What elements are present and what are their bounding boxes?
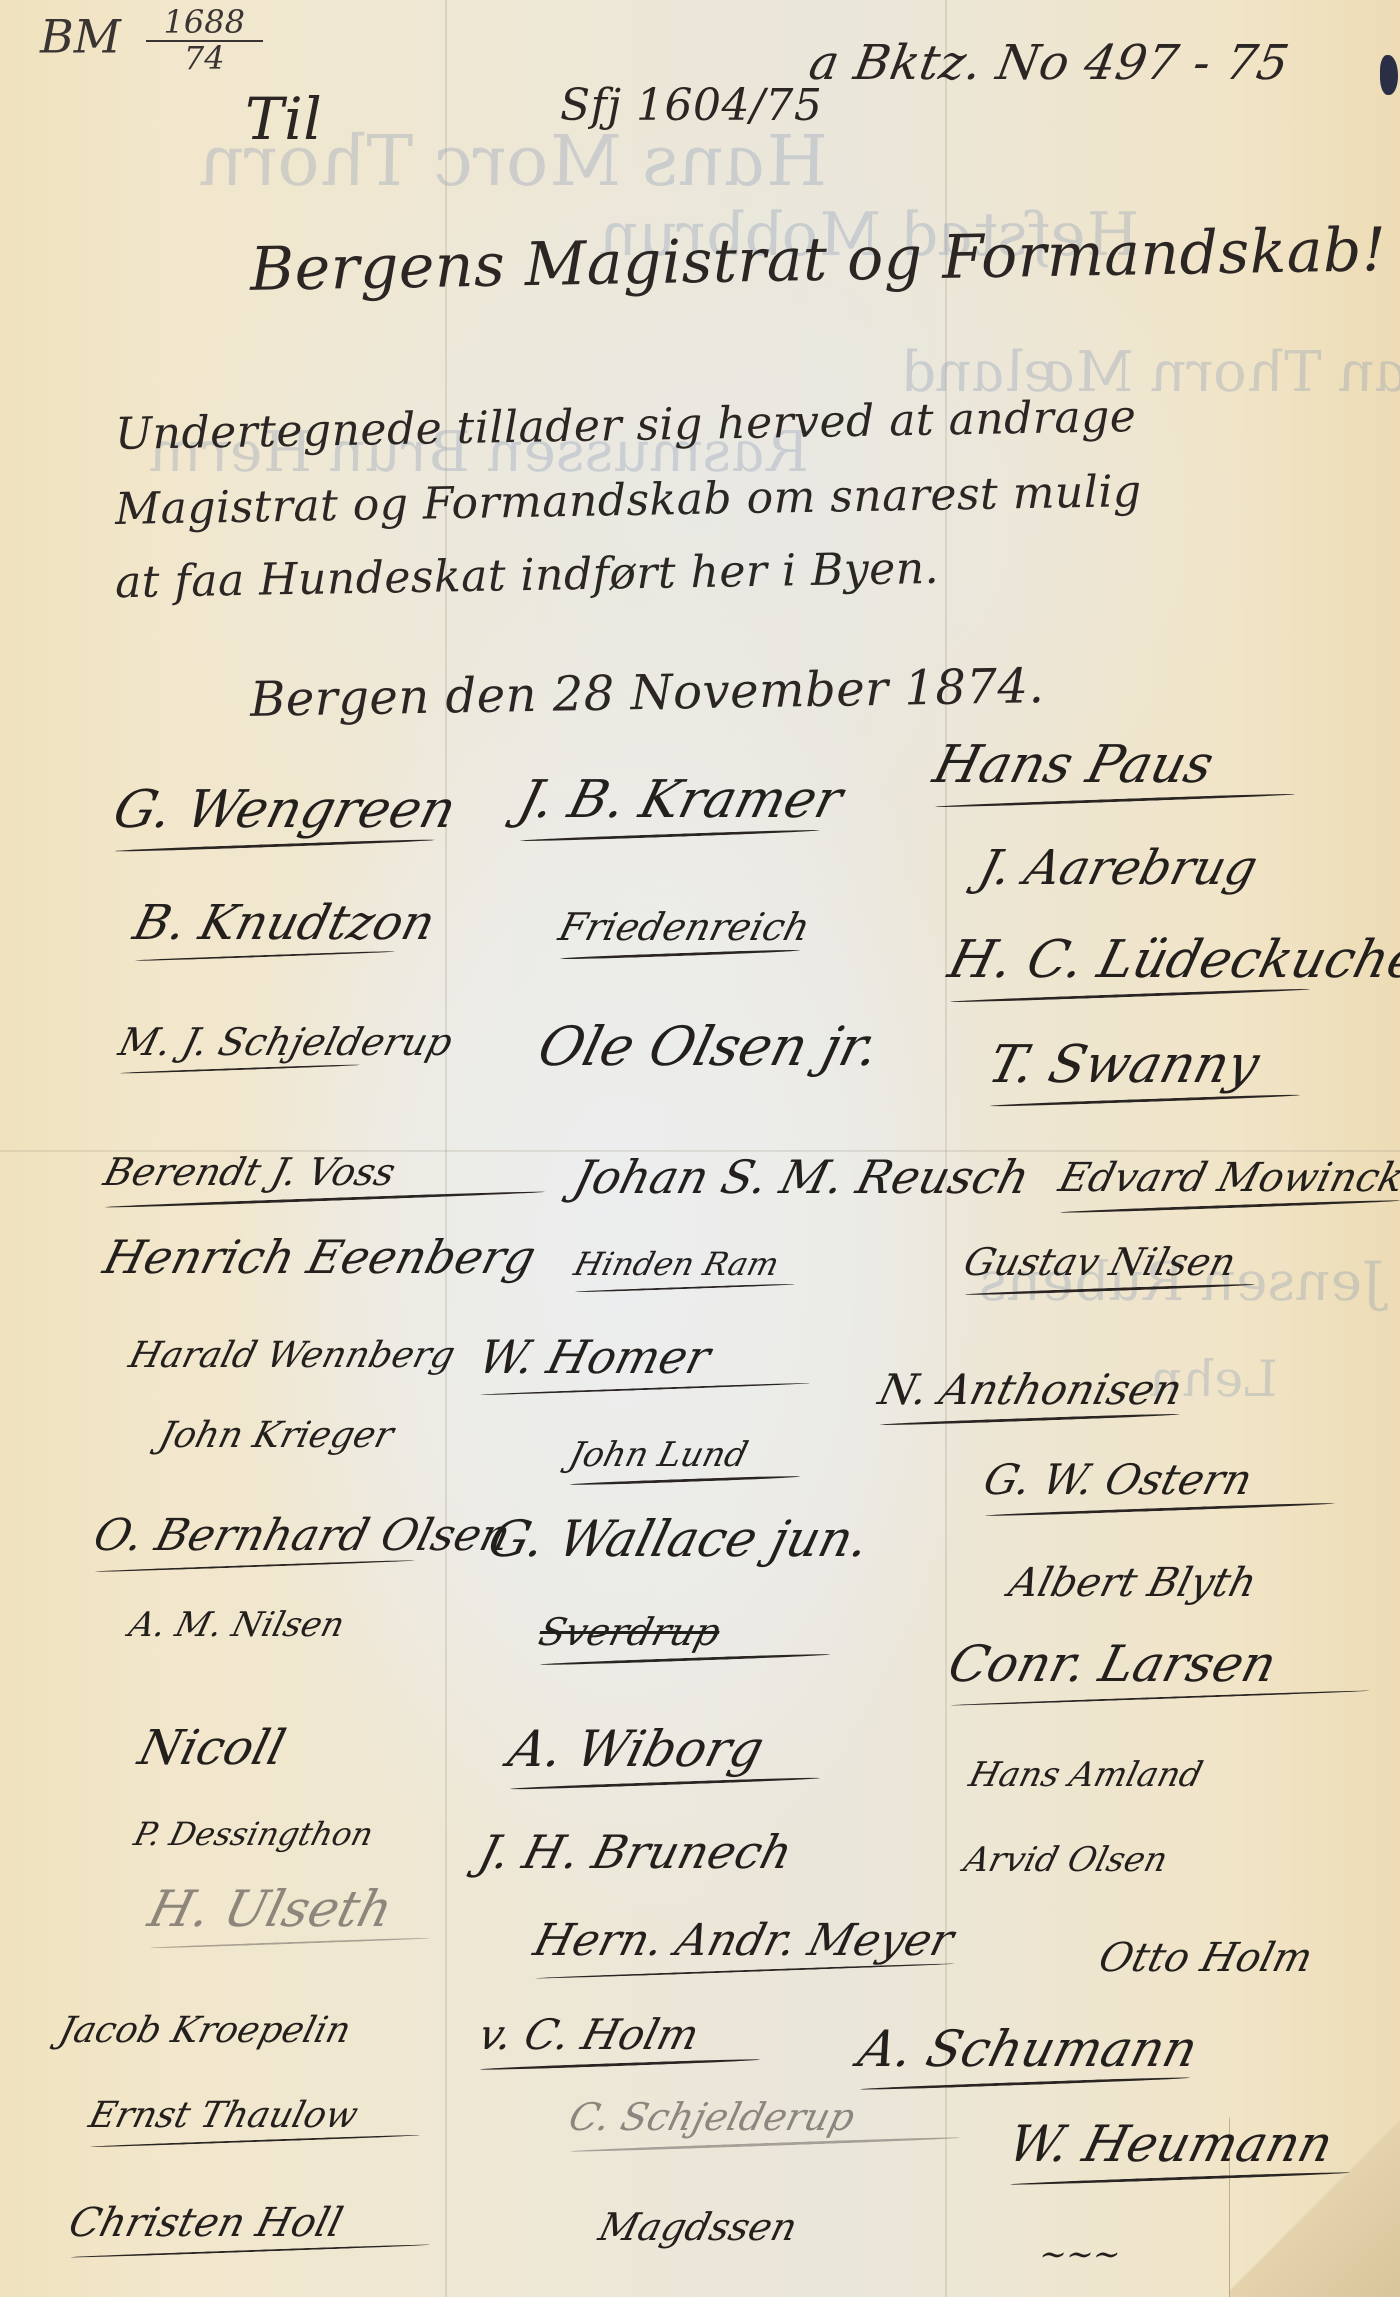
- signature: Sverdrup: [540, 1610, 830, 1661]
- archive-ref-numerator: 1688: [146, 6, 263, 42]
- signature: Gustav Nilsen: [965, 1240, 1255, 1291]
- signature: G. Wallace jun.: [490, 1510, 868, 1568]
- archive-ref-prefix: BM: [40, 10, 121, 64]
- signature: W. Homer: [480, 1330, 810, 1390]
- signature: B. Knudtzon: [135, 895, 434, 957]
- ink-blot: [1380, 55, 1398, 95]
- signature: A. M. Nilsen: [130, 1605, 344, 1645]
- signature: Hans Paus: [935, 735, 1295, 802]
- signature: Henrich Eeenberg: [105, 1230, 534, 1284]
- signature: Otto Holm: [1100, 1935, 1311, 1981]
- signature: T. Swanny: [990, 1035, 1300, 1102]
- signature: Hern. Andr. Meyer: [535, 1915, 955, 1972]
- signature: Ole Olsen jr.: [540, 1015, 878, 1078]
- signature: Johan S. M. Reusch: [575, 1150, 1028, 1204]
- dateline: Bergen den 28 November 1874.: [250, 658, 1045, 728]
- body-line-3: at faa Hundeskat indført her i Byen.: [115, 543, 940, 608]
- signature: John Lund: [570, 1435, 800, 1482]
- signature: Berendt J. Voss: [105, 1150, 545, 1201]
- signature-illegible: ~~~: [1040, 2235, 1120, 2273]
- signature: Hinden Ram: [575, 1245, 795, 1289]
- signature: Hans Amland: [970, 1755, 1202, 1795]
- journal-reference: Sfj 1604/75: [560, 80, 822, 131]
- signature: G. W. Ostern: [985, 1455, 1335, 1511]
- signature: H. C. Lüdeckuchel: [950, 930, 1400, 997]
- signature: J. B. Kramer: [520, 770, 841, 837]
- signature: Magdssen: [600, 2205, 796, 2249]
- signature: Friedenreich: [560, 905, 809, 956]
- salutation-to: Til: [245, 85, 322, 153]
- signature: J. Aarebrug: [980, 840, 1256, 896]
- signature: P. Dessingthon: [135, 1815, 373, 1853]
- signature: A. Schumann: [860, 2020, 1196, 2085]
- signature: Arvid Olsen: [965, 1840, 1167, 1880]
- signature: G. Wengreen: [115, 780, 454, 847]
- signature: H. Ulseth: [150, 1880, 430, 1944]
- signature: Conr. Larsen: [950, 1635, 1370, 1699]
- signature: M. J. Schjelderup: [120, 1020, 452, 1070]
- case-reference: a Bktz. No 497 - 75: [805, 35, 1293, 91]
- archive-ref-fraction: 1688 74: [146, 6, 263, 75]
- body-line-1: Undertegnede tillader sig herved at andr…: [115, 391, 1137, 460]
- archive-ref-denominator: 74: [184, 39, 225, 77]
- signature: A. Wiborg: [510, 1720, 820, 1785]
- signature: C. Schjelderup: [570, 2095, 960, 2146]
- signature: Albert Blyth: [1010, 1560, 1256, 1606]
- signature: W. Heumann: [1010, 2115, 1350, 2180]
- recipient: Bergens Magistrat og Formandskab!: [249, 215, 1387, 305]
- signature: Harald Wennberg: [130, 1335, 454, 1376]
- signature: Ernst Thaulow: [90, 2095, 420, 2142]
- signature: Edvard Mowincke: [1060, 1155, 1400, 1208]
- fold-line-vertical-left: [445, 0, 447, 2297]
- signature: Jacob Kroepelin: [60, 2010, 350, 2051]
- petition-page: Hans Morc Thorn Hefstad Mobbrun Rasmusse…: [0, 0, 1400, 2297]
- signature: O. Bernhard Olsen: [95, 1510, 509, 1567]
- signature: John Krieger: [160, 1415, 392, 1456]
- signature: v. C. Holm: [480, 2010, 760, 2066]
- signature: N. Anthonisen: [880, 1365, 1181, 1421]
- archive-reference: BM 1688 74: [40, 6, 263, 75]
- signature: J. H. Brunech: [480, 1825, 791, 1879]
- signature: Christen Holl: [70, 2200, 430, 2252]
- signature: Nicoll: [140, 1720, 284, 1776]
